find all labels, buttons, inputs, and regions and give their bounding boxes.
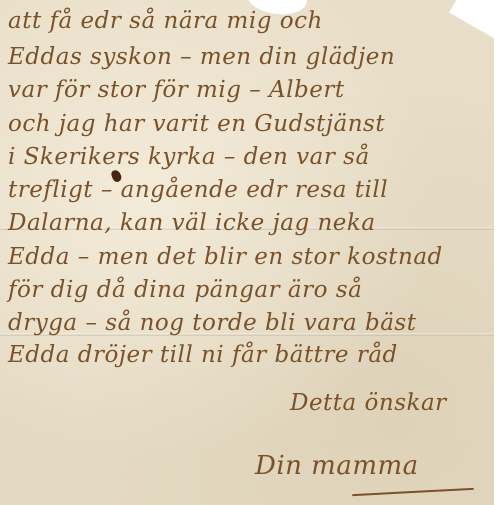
letter-closing: Detta önskar bbox=[290, 390, 447, 416]
letter-line: i Skerikers kyrka – den var så bbox=[8, 144, 370, 170]
letter-line: Eddas syskon – men din glädjen bbox=[8, 44, 395, 70]
letter-paper: att få edr så nära mig och Eddas syskon … bbox=[0, 0, 494, 505]
letter-signature: Din mamma bbox=[255, 451, 419, 481]
letter-line: dryga – så nog torde bli vara bäst bbox=[8, 310, 416, 336]
letter-line: var för stor för mig – Albert bbox=[8, 77, 345, 103]
signature-underline bbox=[352, 488, 474, 496]
paper-corner-missing bbox=[449, 0, 500, 42]
letter-line: och jag har varit en Gudstjänst bbox=[8, 111, 385, 137]
letter-line: Edda – men det blir en stor kostnad bbox=[8, 244, 443, 270]
letter-line: för dig då dina pängar äro så bbox=[8, 277, 362, 303]
letter-line: Edda dröjer till ni får bättre råd bbox=[8, 342, 398, 368]
letter-line: Dalarna, kan väl icke jag neka bbox=[8, 210, 376, 236]
letter-line: att få edr så nära mig och bbox=[8, 8, 323, 34]
letter-line: trefligt – angående edr resa till bbox=[8, 177, 388, 203]
